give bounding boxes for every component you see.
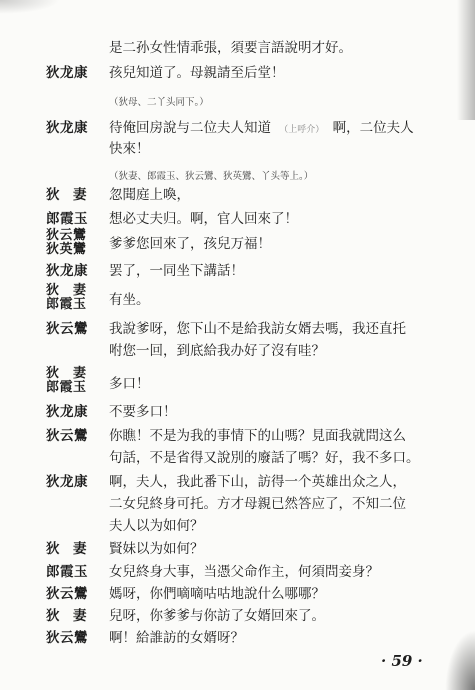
speaker-name: 郎霞玉 xyxy=(46,564,96,581)
speaker-name: 狄 妻 郎霞玉 xyxy=(46,367,96,395)
speech-text: 啊！給誰訪的女婿呀？ xyxy=(109,630,464,647)
speaker-name: 狄龙康 xyxy=(46,474,96,491)
speech-text: 夫人以为如何？ xyxy=(109,518,464,535)
speech-part: 啊，二位夫人 xyxy=(333,120,414,136)
speech-text: 咐您一回，到底給我办好了沒有哇？ xyxy=(109,343,464,360)
speaker-name: 狄云鸞 xyxy=(46,428,96,445)
speaker-name: 狄龙康 xyxy=(46,65,96,82)
stage-direction-text: （狄妻、郎霞玉、狄云鸞、狄英鸞、丫头等上。） xyxy=(109,168,313,185)
speech-text: 是二孙女性情乖張，須要言語說明才好。 xyxy=(109,40,464,57)
speaker-name: 狄龙康 xyxy=(46,263,96,280)
speech-text: 快來！ xyxy=(109,141,464,158)
speech-text: 有坐。 xyxy=(109,292,464,309)
speech-text: 兒呀，你爹爹与你訪了女婿回來了。 xyxy=(109,608,464,625)
speech-text: 待俺回房說与二位夫人知道 （上呼介） 啊，二位夫人 xyxy=(109,120,464,139)
speaker-name: 狄 妻 xyxy=(46,187,96,204)
speech-text: 罢了，一同坐下講話！ xyxy=(109,263,464,280)
speaker-name: 狄 妻 xyxy=(46,608,96,625)
speech-text: 我說爹呀，您下山不是給我訪女婿去嗎，我还直托 xyxy=(109,321,464,338)
speech-text: 二女兒終身可托。方才母親已然答应了，不知二位 xyxy=(109,496,464,513)
speech-text: 句話，不是省得又說別的廢話了嗎？好，我不多口。 xyxy=(109,450,464,467)
speaker-name: 狄龙康 xyxy=(46,120,96,137)
speaker-name: 狄云鸞 xyxy=(46,321,96,338)
speech-text: 賢妹以为如何？ xyxy=(109,541,464,558)
speech-text: 孩兒知道了。母親請至后堂！ xyxy=(109,65,464,82)
speaker-name: 狄 妻 xyxy=(46,541,96,558)
speech-text: 啊，夫人，我此番下山，訪得一个英雄出众之人， xyxy=(109,474,464,491)
speech-text: 忽聞庭上喚， xyxy=(109,187,464,204)
speaker-name: 狄云鸞 xyxy=(46,586,96,603)
speech-text: 你瞧！不是为我的事情下的山嗎？見面我就問这么 xyxy=(109,428,464,445)
speaker-name: 狄龙康 xyxy=(46,404,96,421)
stage-direction-text: （狄母、二丫头同下。） xyxy=(109,94,209,111)
scan-noise-top-right xyxy=(457,0,475,120)
page-number: · 59 · xyxy=(381,652,423,670)
speaker-name: 狄云鸞 狄英鸞 xyxy=(46,229,96,257)
speech-text: 不要多口！ xyxy=(109,404,464,421)
speaker-name: 狄 妻 郎霞玉 xyxy=(46,284,96,312)
speech-text: 媽呀，你們嘀嘀咕咕地說什么哪哪？ xyxy=(109,586,464,603)
speech-text: 爹爹您回來了，孩兒万福！ xyxy=(109,236,464,253)
speech-text: 多口！ xyxy=(109,376,464,393)
aside-direction: （上呼介） xyxy=(279,125,324,135)
speaker-name: 郎霞玉 xyxy=(46,211,96,228)
scan-noise-top-left xyxy=(0,0,60,14)
speaker-name: 狄云鸞 xyxy=(46,630,96,647)
speech-text: 女兒終身大事，当憑父命作主，何須問妾身？ xyxy=(109,564,464,581)
speech-text: 想必丈夫归。啊，官人回來了！ xyxy=(109,211,464,228)
speech-part: 待俺回房說与二位夫人知道 xyxy=(109,120,271,136)
